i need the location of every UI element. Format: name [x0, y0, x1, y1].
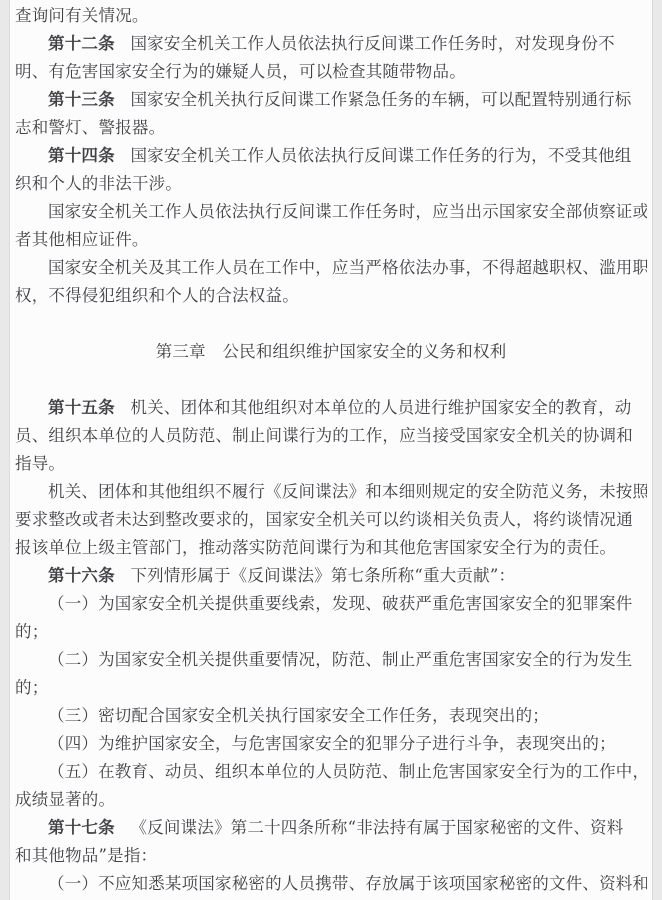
blank-line	[15, 366, 647, 394]
text-line: （二）为国家安全机关提供重要情况，防范、制止严重危害国家安全的行为发生	[15, 646, 647, 674]
article-number: 第十五条	[48, 398, 115, 417]
text-line: （四）为维护国家安全，与危害国家安全的犯罪分子进行斗争，表现突出的；	[15, 730, 647, 758]
document-body: 查询问有关情况。第十二条国家安全机关工作人员依法执行反间谍工作任务时，对发现身份…	[9, 0, 653, 900]
text-line: 员、组织本单位的人员防范、制止间谍行为的工作，应当接受国家安全机关的协调和	[15, 422, 647, 450]
text-line: 成绩显著的。	[15, 786, 647, 814]
text-line: 织和个人的非法干涉。	[15, 170, 647, 198]
article-line: 第十五条机关、团体和其他组织对本单位的人员进行维护国家安全的教育，动	[15, 394, 647, 422]
text-line: 国家安全机关工作人员依法执行反间谍工作任务时，应当出示国家安全部侦察证或	[15, 198, 647, 226]
text-line: 明、有危害国家安全行为的嫌疑人员，可以检查其随带物品。	[15, 58, 647, 86]
text-line: （一）不应知悉某项国家秘密的人员携带、存放属于该项国家秘密的文件、资料和	[15, 870, 647, 898]
text-line: 查询问有关情况。	[15, 2, 647, 30]
text-line: （一）为国家安全机关提供重要线索，发现、破获严重危害国家安全的犯罪案件	[15, 590, 647, 618]
text-line: 志和警灯、警报器。	[15, 114, 647, 142]
text-line: 者其他相应证件。	[15, 226, 647, 254]
article-number: 第十二条	[48, 34, 115, 53]
text-line: 的；	[15, 674, 647, 702]
text-line: （三）密切配合国家安全机关执行国家安全工作任务，表现突出的；	[15, 702, 647, 730]
text-line: 指导。	[15, 450, 647, 478]
article-line: 第十四条国家安全机关工作人员依法执行反间谍工作任务的行为，不受其他组	[15, 142, 647, 170]
chapter-heading: 第三章 公民和组织维护国家安全的义务和权利	[15, 338, 647, 366]
article-number: 第十四条	[48, 146, 115, 165]
text-line: （五）在教育、动员、组织本单位的人员防范、制止危害国家安全行为的工作中，	[15, 758, 647, 786]
blank-line	[15, 310, 647, 338]
text-line: 机关、团体和其他组织不履行《反间谍法》和本细则规定的安全防范义务，未按照	[15, 478, 647, 506]
text-line: 的；	[15, 618, 647, 646]
article-number: 第十三条	[48, 90, 115, 109]
document-page: 查询问有关情况。第十二条国家安全机关工作人员依法执行反间谍工作任务时，对发现身份…	[0, 0, 662, 900]
article-line: 第十七条《反间谍法》第二十四条所称“非法持有属于国家秘密的文件、资料	[15, 814, 647, 842]
text-line: 报该单位上级主管部门，推动落实防范间谍行为和其他危害国家安全行为的责任。	[15, 534, 647, 562]
article-line: 第十六条下列情形属于《反间谍法》第七条所称“重大贡献”：	[15, 562, 647, 590]
text-line: 要求整改或者未达到整改要求的，国家安全机关可以约谈相关负责人，将约谈情况通	[15, 506, 647, 534]
article-line: 第十二条国家安全机关工作人员依法执行反间谍工作任务时，对发现身份不	[15, 30, 647, 58]
text-line: 国家安全机关及其工作人员在工作中，应当严格依法办事，不得超越职权、滥用职	[15, 254, 647, 282]
text-line: 和其他物品”是指：	[15, 842, 647, 870]
text-line: 权，不得侵犯组织和个人的合法权益。	[15, 282, 647, 310]
article-line: 第十三条国家安全机关执行反间谍工作紧急任务的车辆，可以配置特别通行标	[15, 86, 647, 114]
article-number: 第十六条	[48, 566, 115, 585]
article-number: 第十七条	[48, 818, 115, 837]
